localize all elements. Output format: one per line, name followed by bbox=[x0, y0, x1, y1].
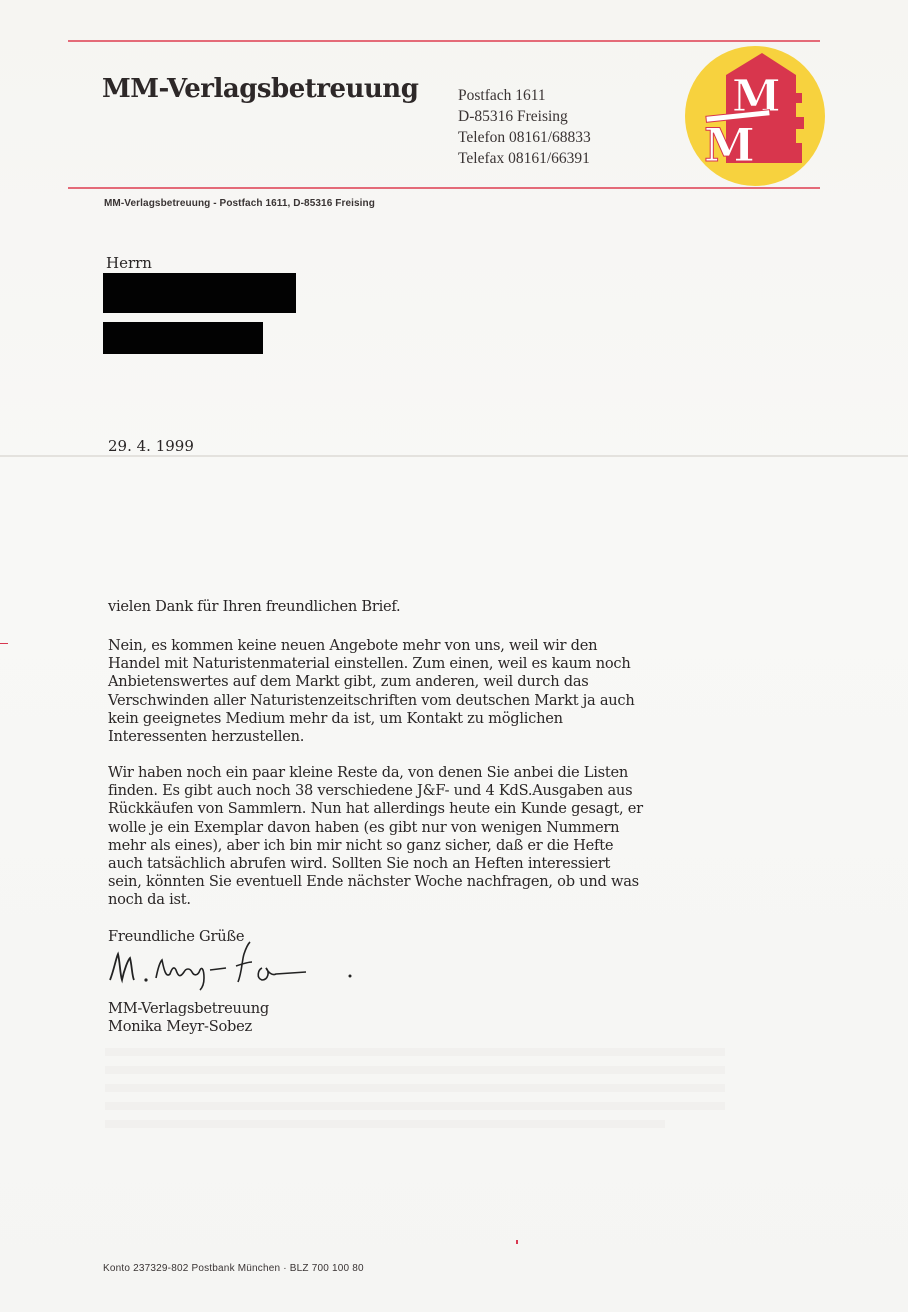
ink-speck bbox=[516, 1240, 518, 1244]
recipient-salutation: Herrn bbox=[106, 254, 152, 272]
greeting: vielen Dank für Ihren freundlichen Brief… bbox=[108, 598, 748, 616]
show-through-text bbox=[105, 1048, 725, 1056]
bank-details: Konto 237329-802 Postbank München · BLZ … bbox=[103, 1263, 364, 1274]
redacted-recipient-name bbox=[103, 273, 296, 313]
show-through-text bbox=[105, 1084, 725, 1092]
handwritten-signature bbox=[106, 940, 366, 998]
contact-fax: Telefax 08161/66391 bbox=[458, 148, 591, 169]
mm-logo-icon: M M bbox=[684, 45, 826, 187]
paragraph-2: Wir haben noch ein paar kleine Reste da,… bbox=[108, 764, 748, 910]
show-through-text bbox=[105, 1066, 725, 1074]
letter-page: MM-Verlagsbetreuung Postfach 1611 D-8531… bbox=[0, 0, 908, 1312]
paper-fold bbox=[0, 455, 908, 457]
show-through-text bbox=[105, 1120, 665, 1128]
contact-postbox: Postfach 1611 bbox=[458, 85, 591, 106]
paragraph-1: Nein, es kommen keine neuen Angebote meh… bbox=[108, 637, 748, 746]
signature-name: Monika Meyr-Sobez bbox=[108, 1018, 748, 1036]
contact-phone: Telefon 08161/68833 bbox=[458, 127, 591, 148]
company-name: MM-Verlagsbetreuung bbox=[102, 74, 418, 104]
header-rule-top bbox=[68, 40, 820, 42]
contact-block: Postfach 1611 D-85316 Freising Telefon 0… bbox=[458, 85, 591, 169]
svg-text:M: M bbox=[704, 118, 755, 172]
show-through-text bbox=[105, 1102, 725, 1110]
signature-company: MM-Verlagsbetreuung bbox=[108, 1000, 748, 1018]
header-rule-bottom bbox=[68, 187, 820, 189]
redacted-recipient-address bbox=[103, 322, 263, 354]
contact-city: D-85316 Freising bbox=[458, 106, 591, 127]
fold-mark bbox=[0, 643, 8, 644]
letter-date: 29. 4. 1999 bbox=[108, 437, 194, 455]
return-address: MM-Verlagsbetreuung - Postfach 1611, D-8… bbox=[104, 198, 375, 209]
